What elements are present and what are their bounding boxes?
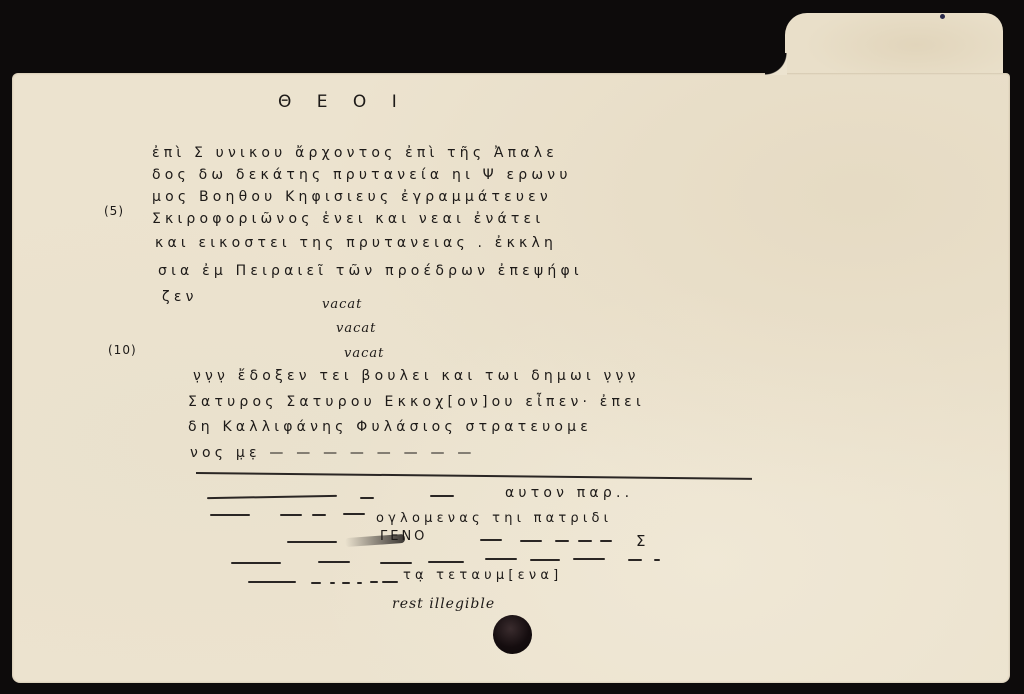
lacuna-dash (628, 559, 642, 561)
lacuna-dash (485, 558, 517, 560)
lacuna-dash (360, 497, 374, 499)
line-number-10: (10) (108, 344, 137, 356)
lacuna-dash (600, 540, 612, 542)
lacuna-dash (654, 559, 660, 561)
fragment-line-2: ογλομενας τηι πατριδι (376, 512, 612, 525)
text-line-4: Σκιροφοριῶνος ἑνει και νεαι ἐνάτει (152, 212, 544, 226)
text-line-3: μος Βοηθου Κηφισιευς ἐγραμμάτευεν (152, 190, 552, 204)
fragment-line-3: ΓΕΝΟ (380, 530, 427, 543)
text-line-2: δος δω δεκάτης πρυτανεία ηι Ψ ερωνυ (152, 168, 572, 182)
lacuna-dash (343, 513, 365, 515)
lacuna-dash (555, 540, 569, 542)
lacuna-dash (342, 582, 350, 584)
decree-line-3: δη Καλλιφάνης Φυλάσιος στρατευομε (188, 420, 592, 434)
ink-dot (940, 14, 945, 19)
card-title: Θ Ε Ο Ι (278, 94, 407, 111)
decree-line-1: ν̣ν̣ν̣ ἔδοξεν τει βουλει και τωι δημωι ν… (193, 369, 640, 383)
lacuna-dash (380, 562, 412, 564)
fragment-line-5: τα̣ τεταυμ[ενα] (403, 569, 562, 582)
lacuna-dash (578, 540, 592, 542)
lacuna-dash (210, 514, 250, 516)
lacuna-dash (280, 514, 302, 516)
vacat-3: vacat (344, 347, 384, 360)
lacuna-dash (428, 561, 464, 563)
fragment-line-1: αυτον παρ.. (505, 486, 633, 500)
illegible-note: rest illegible (392, 597, 495, 611)
vacat-1: vacat (322, 298, 362, 311)
lacuna-dash (312, 514, 326, 516)
lacuna-dash (330, 582, 335, 584)
lacuna-dash (382, 581, 398, 583)
decree-line-2: Σατυρος Σατυρου Εκκοχ[ον]ου εἶπεν· ἐπει (188, 395, 645, 409)
lacuna-dash (480, 539, 502, 541)
text-line-7: ζεν (162, 290, 198, 304)
scan-stage: Θ Ε Ο Ι (5) (10) ἐπὶ Σ υνικου ἄρχοντος ἐ… (0, 0, 1024, 694)
tab-curve-left (765, 53, 787, 75)
fragment-sigma: Σ (636, 534, 650, 549)
text-line-5: και εικοστει της πρυτανειας . ἐκκλη (155, 236, 557, 250)
vacat-2: vacat (336, 322, 376, 335)
line-number-5: (5) (104, 205, 124, 217)
lacuna-dash (318, 561, 350, 563)
text-line-1: ἐπὶ Σ υνικου ἄρχοντος ἐπὶ τῆς Ἀπαλε (152, 146, 558, 160)
lacuna-dash (520, 540, 542, 542)
punch-hole (493, 615, 532, 654)
lacuna-dash (287, 541, 337, 543)
lacuna-dash (573, 558, 605, 560)
decree-line-4: νος μ̣ε̣ — — — — — — — — (190, 446, 476, 460)
lacuna-dash (357, 582, 362, 584)
lacuna-dash (231, 562, 281, 564)
lacuna-dash (530, 559, 560, 561)
text-line-6: σια ἐμ Πειραιεῖ τῶν προέδρων ἐπεψήφι (158, 264, 583, 278)
lacuna-dash (248, 581, 296, 583)
lacuna-dash (311, 582, 321, 584)
lacuna-dash (370, 581, 378, 583)
lacuna-dash (430, 495, 454, 497)
